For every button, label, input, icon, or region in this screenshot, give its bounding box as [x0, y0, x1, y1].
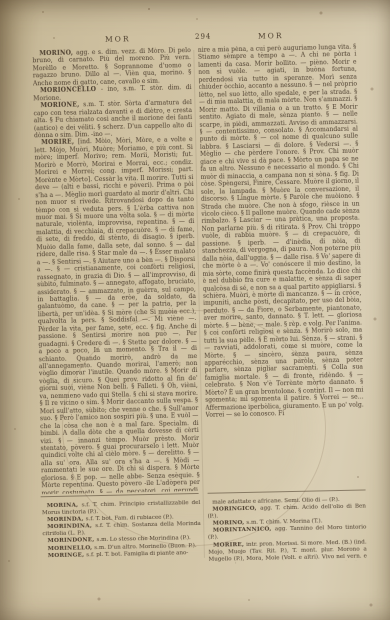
- page-content: MOR 294 MOR MORINO, agg. e s. dim. vezz.…: [0, 0, 390, 620]
- dictionary-entry: MORINO, agg. e s. dim. vezz. di Mòro. Di…: [32, 47, 191, 88]
- scanned-dictionary-page: MOR 294 MOR MORINO, agg. e s. dim. vezz.…: [0, 0, 390, 620]
- entry-headword: MORINDONE,: [47, 538, 96, 545]
- entry-headword: MORINELLO,: [48, 545, 95, 552]
- dictionary-entry: MORIRE, [ind. Mòio, Mòri, Mòre, e a volt…: [34, 136, 200, 494]
- entry-headword: MORINA,: [47, 502, 82, 509]
- footnote-entry: MORIRE, intr. pron. Morissi. Si more. Me…: [208, 539, 367, 564]
- page-number: 294: [195, 33, 212, 41]
- footnote-block: MORINA, s.f. T. chìm. Principio cristall…: [42, 496, 367, 567]
- main-text-block: MORINO, agg. e s. dim. vezz. di Mòro. Di…: [32, 44, 365, 495]
- dictionary-entry: MORIONE, s.m. T. stòr. Sòrta d'armatura …: [33, 99, 192, 140]
- entry-headword: MORINGICO,: [212, 506, 260, 513]
- footnote-left-column: MORINA, s.f. T. chìm. Principio cristall…: [42, 500, 202, 567]
- footnote-right-column: male adattate e africane. Semi. Olio di …: [207, 496, 367, 563]
- running-head-left-word: MOR: [105, 34, 131, 44]
- entry-headword: MORINO,: [213, 520, 247, 527]
- entry-headword: MORINGE,: [48, 552, 87, 559]
- entry-headword: MORINDINA,: [47, 523, 95, 530]
- entry-headword: MORINTANNICO,: [213, 527, 275, 534]
- entry-headword: MORINDA,: [47, 517, 86, 524]
- entry-headword: MORIONCÈLLO: [40, 86, 101, 94]
- left-column: MORINO, agg. e s. dim. vezz. di Mòro. Di…: [32, 47, 200, 494]
- paper-speckles: [0, 0, 2, 2]
- entry-text: nire a mia pèna, a cui però auguriamo lu…: [198, 44, 364, 419]
- right-column: nire a mia pèna, a cui però auguriamo lu…: [198, 44, 366, 491]
- running-head-right-word: MOR: [258, 31, 284, 41]
- entry-text: [ind. Mòio, Mòri, Mòre, e a volte e lett…: [34, 136, 200, 494]
- entry-headword: MORIRE,: [213, 542, 246, 549]
- dictionary-entry: nire a mia pèna, a cui però auguriamo lu…: [198, 44, 364, 420]
- entry-text: s.f. pl. T. bot. Famiglia di piante ano-: [86, 550, 188, 558]
